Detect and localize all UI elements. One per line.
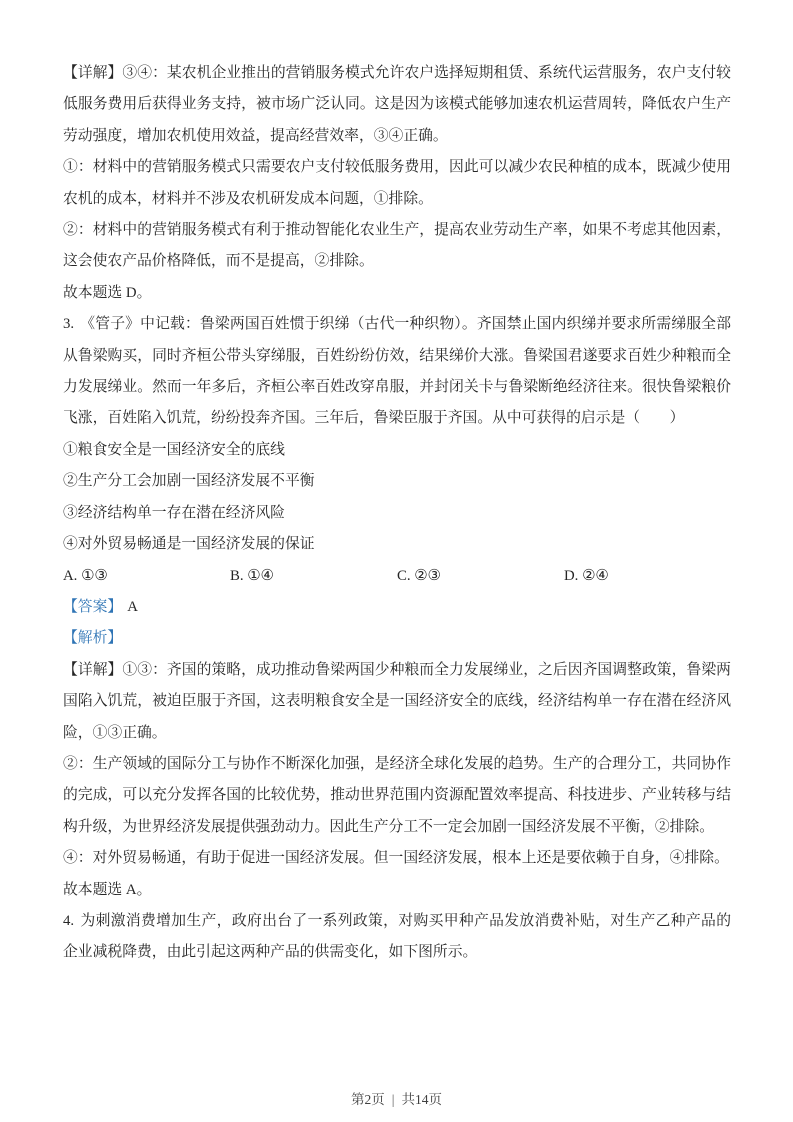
q3-analysis-line: 【解析】 xyxy=(63,623,731,654)
answer-value: A xyxy=(127,599,138,615)
q3-statement-4: ④对外贸易畅通是一国经济发展的保证 xyxy=(63,529,731,560)
q3-statement-1: ①粮食安全是一国经济安全的底线 xyxy=(63,435,731,466)
q3-conclusion: 故本题选 A。 xyxy=(63,875,731,906)
footer-total-pages: 共14页 xyxy=(401,1092,442,1107)
q3-detail-text-3: ④：对外贸易畅通，有助于促进一国经济发展。但一国经济发展，根本上还是要依赖于自身… xyxy=(63,843,731,874)
q3-detail-text-2: ②：生产领域的国际分工与协作不断深化加强，是经济全球化发展的趋势。生产的合理分工… xyxy=(63,749,731,843)
q2-exclude-2: ②：材料中的营销服务模式有利于推动智能化农业生产，提高农业劳动生产率，如果不考虑… xyxy=(63,215,731,278)
q4-number: 4. xyxy=(63,913,74,929)
option-c: C. ②③ xyxy=(397,561,564,592)
q3-detail-text-1: ①③：齐国的策略，成功推动鲁梁两国少种粮而全力发展绨业，之后因齐国调整政策，鲁梁… xyxy=(63,662,731,741)
q3-number: 3. xyxy=(63,316,74,332)
page-footer: 第2页|共14页 xyxy=(0,1092,793,1108)
option-d: D. ②④ xyxy=(564,561,731,592)
q3-stem: 3.《管子》中记载：鲁梁两国百姓惯于织绨（古代一种织物）。齐国禁止国内织绨并要求… xyxy=(63,309,731,435)
q3-stem-text: 《管子》中记载：鲁梁两国百姓惯于织绨（古代一种织物）。齐国禁止国内织绨并要求所需… xyxy=(63,316,731,426)
q2-detail-label: 【详解】 xyxy=(63,65,122,81)
q3-statement-3: ③经济结构单一存在潜在经济风险 xyxy=(63,498,731,529)
q2-exclude-1: ①：材料中的营销服务模式只需要农户支付较低服务费用，因此可以减少农民种植的成本，… xyxy=(63,152,731,215)
exam-answer-page: 【详解】③④：某农机企业推出的营销服务模式允许农户选择短期租赁、系统代运营服务，… xyxy=(0,0,793,1122)
q3-options-row: A. ①③ B. ①④ C. ②③ D. ②④ xyxy=(63,561,731,592)
q4-stem-text: 为刺激消费增加生产，政府出台了一系列政策，对购买甲种产品发放消费补贴，对生产乙种… xyxy=(63,913,731,960)
q2-detail-paragraph: 【详解】③④：某农机企业推出的营销服务模式允许农户选择短期租赁、系统代运营服务，… xyxy=(63,58,731,152)
option-b: B. ①④ xyxy=(230,561,397,592)
q3-answer-line: 【答案】A xyxy=(63,592,731,623)
q3-detail-paragraph: 【详解】①③：齐国的策略，成功推动鲁梁两国少种粮而全力发展绨业，之后因齐国调整政… xyxy=(63,655,731,749)
page-body: 【详解】③④：某农机企业推出的营销服务模式允许农户选择短期租赁、系统代运营服务，… xyxy=(63,58,731,969)
footer-page-number: 第2页 xyxy=(351,1092,385,1107)
option-a: A. ①③ xyxy=(63,561,230,592)
analysis-label: 【解析】 xyxy=(63,630,122,646)
q2-detail-text: ③④：某农机企业推出的营销服务模式允许农户选择短期租赁、系统代运营服务，农户支付… xyxy=(63,65,731,144)
q4-stem: 4.为刺激消费增加生产，政府出台了一系列政策，对购买甲种产品发放消费补贴，对生产… xyxy=(63,906,731,969)
q2-conclusion: 故本题选 D。 xyxy=(63,278,731,309)
q3-statement-2: ②生产分工会加剧一国经济发展不平衡 xyxy=(63,466,731,497)
footer-separator: | xyxy=(392,1092,395,1107)
answer-label: 【答案】 xyxy=(63,599,122,615)
q3-detail-label: 【详解】 xyxy=(63,662,122,678)
